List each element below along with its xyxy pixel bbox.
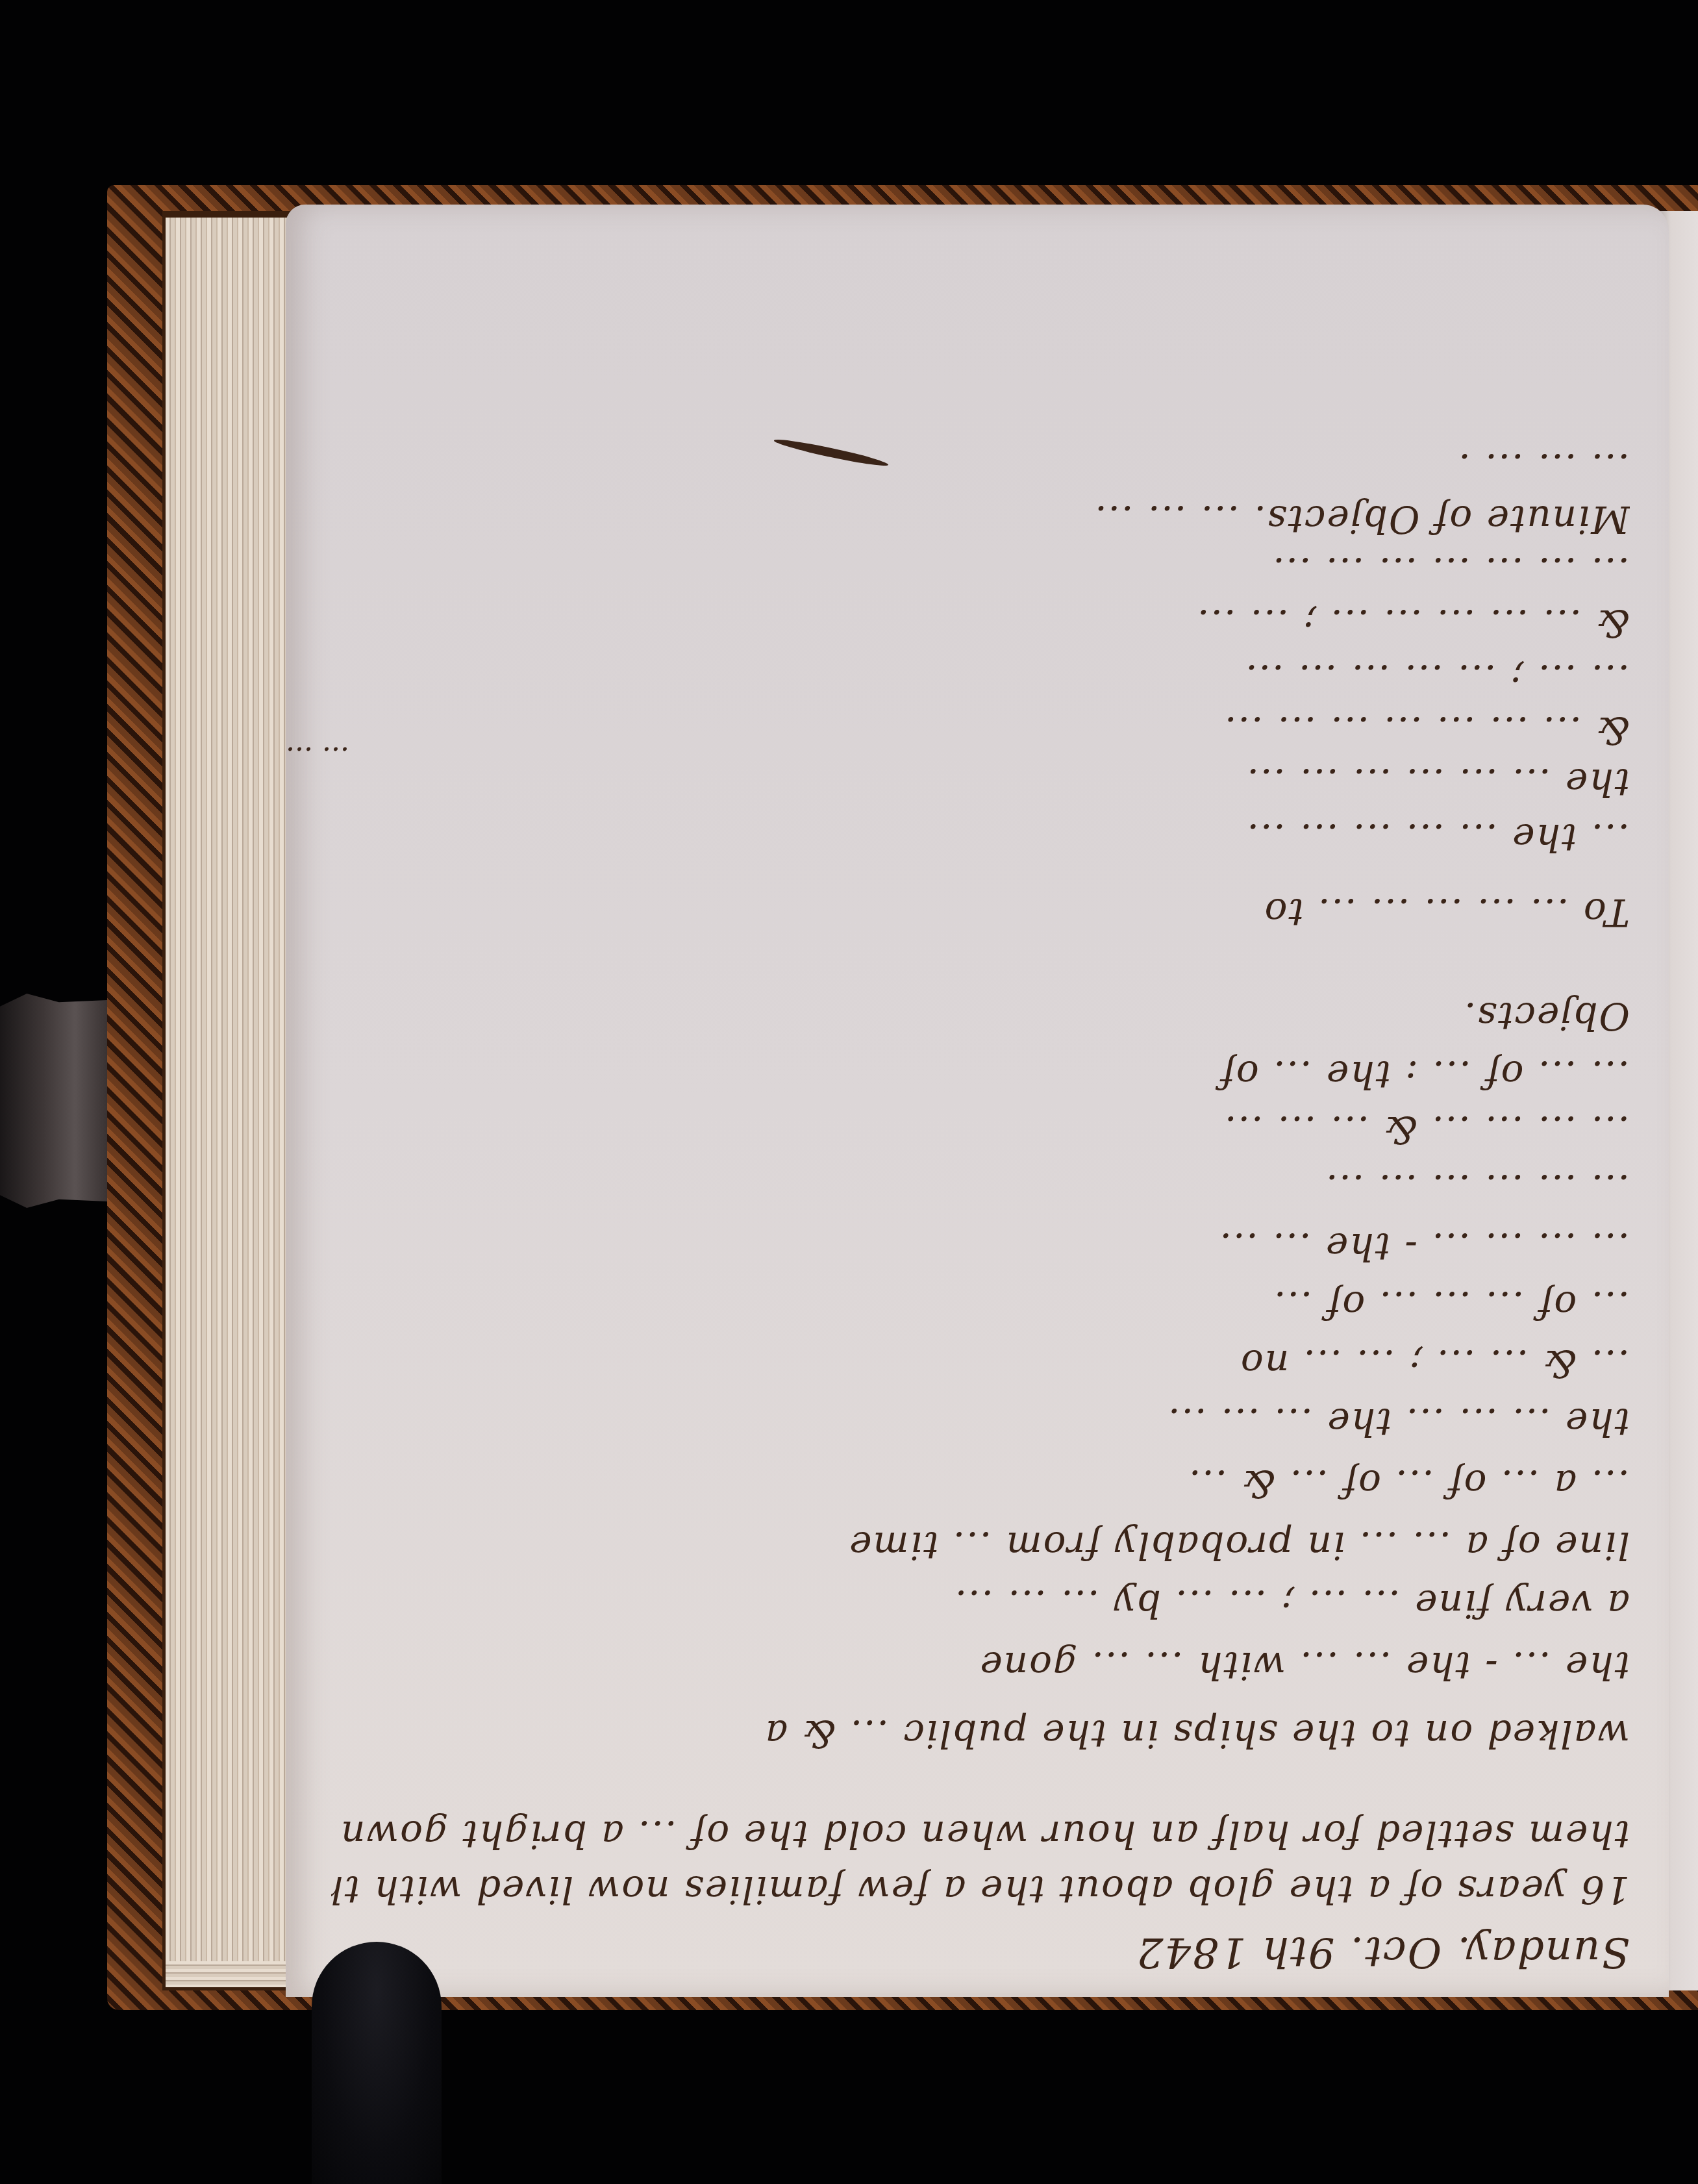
page-edges-left bbox=[166, 218, 295, 1971]
entry-line: ... the ... ... ... ... ... bbox=[331, 809, 1630, 867]
entry-line: Minute of Objects. ... ... ... bbox=[331, 490, 1630, 549]
entry-line: ... of ... ... ... of ... bbox=[331, 1276, 1630, 1335]
entry-line: line of a ... ... in probably from ... t… bbox=[331, 1516, 1630, 1575]
entry-line: the ... ... ... the ... ... ... bbox=[331, 1393, 1630, 1451]
entry-line: ... & ... ... ; ... ... no bbox=[331, 1335, 1630, 1393]
entry-line: walked on to the ships in the public ...… bbox=[331, 1705, 1630, 1763]
handwritten-entry: Sunday. Oct. 9th 1842 16 years of a the … bbox=[305, 305, 1669, 1981]
entry-line: & ... ... ... ... ... ... ... bbox=[331, 701, 1630, 760]
entry-line: ... a ... of ... of ... & ... bbox=[331, 1455, 1630, 1513]
entry-line: ... ... of ... : the ... of bbox=[331, 1046, 1630, 1104]
entry-line: ... ... ... ... ... ... bbox=[331, 1159, 1630, 1218]
entry-line: the ... - the ... ... with ... ... gone bbox=[331, 1637, 1630, 1695]
metal-clasp bbox=[0, 994, 107, 1208]
entry-line: Objects. bbox=[331, 987, 1630, 1046]
entry-line: & ... ... ... ... ... ; ... ... bbox=[331, 594, 1630, 653]
entry-line: ... ... ... . bbox=[331, 438, 1630, 497]
entry-line: the ... ... ... ... ... ... bbox=[331, 753, 1630, 812]
entry-line: To ... ... ... ... ... to bbox=[331, 883, 1630, 942]
entry-line: a very fine ... ... ; ... ... by ... ...… bbox=[331, 1575, 1630, 1633]
entry-line: them settled for half an hour when cold … bbox=[331, 1805, 1630, 1864]
entry-line: ... ... ... ... ... ... ... bbox=[331, 542, 1630, 601]
entry-date-heading: Sunday. Oct. 9th 1842 bbox=[331, 1922, 1630, 1981]
entry-line: ... ... ... ... - the ... ... bbox=[331, 1218, 1630, 1276]
entry-line: 16 years of a the glob about the a few f… bbox=[331, 1861, 1630, 1919]
margin-note: ... ... bbox=[286, 740, 349, 773]
thumb-holding-page bbox=[312, 1942, 442, 2184]
entry-line: ... ... ... ... & ... ... ... bbox=[331, 1101, 1630, 1159]
entry-line: ... ... ; ... ... ... ... ... bbox=[331, 649, 1630, 708]
